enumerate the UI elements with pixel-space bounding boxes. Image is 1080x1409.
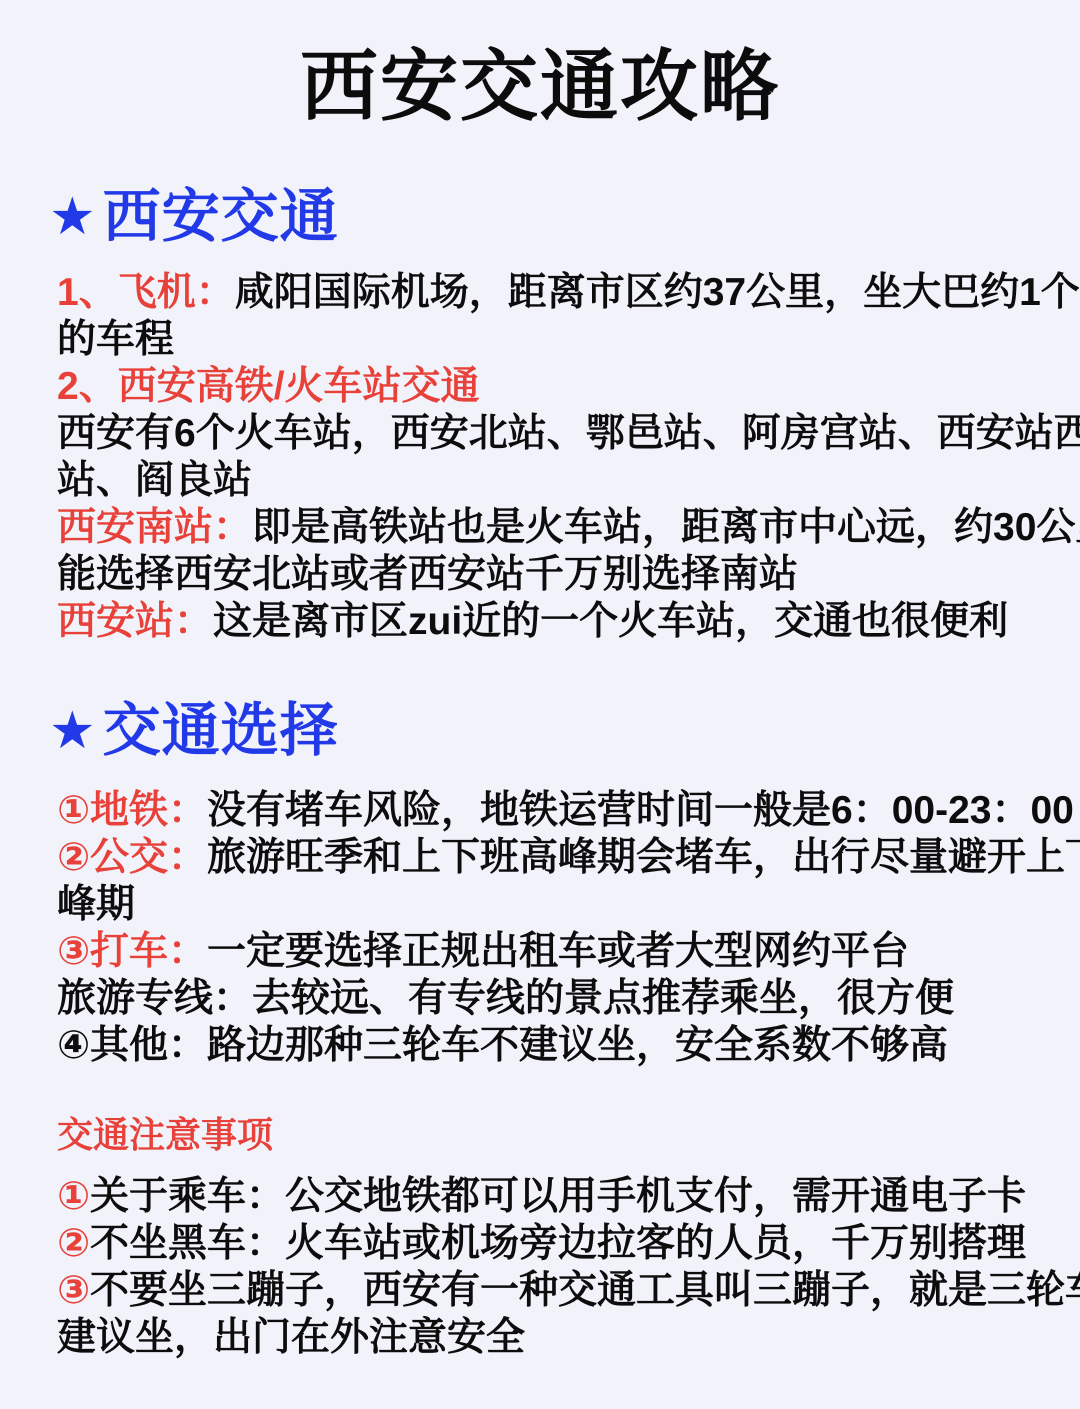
- line-text: 关于乘车：公交地铁都可以用手机支付，需开通电子卡: [90, 1175, 1026, 1218]
- text-line: 西安南站：即是高铁站也是火车站，距离市中心远，约30公里，: [57, 504, 1023, 551]
- line-text: 即是高铁站也是火车站，距离市中心远，约30公里，: [252, 506, 1080, 549]
- text-line: 峰期: [57, 881, 1023, 928]
- line-emphasis: ②公交：: [57, 836, 207, 879]
- text-line: 1、飞机：咸阳国际机场，距离市区约37公里，坐大巴约1个小时: [57, 269, 1023, 316]
- text-line: ①关于乘车：公交地铁都可以用手机支付，需开通电子卡: [57, 1173, 1023, 1220]
- line-text: 一定要选择正规出租车或者大型网约平台: [207, 930, 909, 973]
- notes-body: ①关于乘车：公交地铁都可以用手机支付，需开通电子卡 ②不坐黑车：火车站或机场旁边…: [57, 1173, 1023, 1361]
- line-text: 的车程: [57, 318, 174, 361]
- section-heading-traffic-choice: ★交通选择: [49, 695, 1023, 767]
- line-emphasis: 2、西安高铁/火车站交通: [57, 365, 480, 408]
- text-line: ③不要坐三蹦子，西安有一种交通工具叫三蹦子，就是三轮车，不: [57, 1267, 1023, 1314]
- section-heading-text: 交通选择: [103, 698, 339, 763]
- line-emphasis: ①: [57, 1175, 90, 1218]
- line-text: 没有堵车风险，地铁运营时间一般是6：00-23：00: [207, 789, 1074, 832]
- line-emphasis: 1、飞机：: [57, 271, 235, 314]
- text-line: ③打车：一定要选择正规出租车或者大型网约平台: [57, 928, 1023, 975]
- text-line: 2、西安高铁/火车站交通: [57, 363, 1023, 410]
- line-text: ④其他：路边那种三轮车不建议坐，安全系数不够高: [57, 1024, 948, 1067]
- line-text: 旅游专线：去较远、有专线的景点推荐乘坐，很方便: [57, 977, 954, 1020]
- text-line: 旅游专线：去较远、有专线的景点推荐乘坐，很方便: [57, 975, 1023, 1022]
- text-line: 的车程: [57, 316, 1023, 363]
- line-emphasis: ③打车：: [57, 930, 207, 973]
- line-emphasis: ②: [57, 1222, 90, 1265]
- notes-heading: 交通注意事项: [57, 1113, 1023, 1157]
- line-text: 这是离市区zui近的一个火车站，交通也很便利: [213, 600, 1008, 643]
- text-line: 站、阎良站: [57, 457, 1023, 504]
- line-text: 建议坐，出门在外注意安全: [57, 1316, 525, 1359]
- guide-poster: 西安交通攻略 ★西安交通 1、飞机：咸阳国际机场，距离市区约37公里，坐大巴约1…: [0, 0, 1080, 1409]
- text-line: ①地铁：没有堵车风险，地铁运营时间一般是6：00-23：00: [57, 787, 1023, 834]
- line-text: 西安有6个火车站，西安北站、鄂邑站、阿房宫站、西安站西安南: [57, 412, 1080, 455]
- line-text: 不要坐三蹦子，西安有一种交通工具叫三蹦子，就是三轮车，不: [90, 1269, 1080, 1312]
- text-line: 能选择西安北站或者西安站千万别选择南站: [57, 551, 1023, 598]
- line-text: 站、阎良站: [57, 459, 252, 502]
- line-text: 不坐黑车：火车站或机场旁边拉客的人员，千万别搭理: [90, 1222, 1026, 1265]
- text-line: 西安站：这是离市区zui近的一个火车站，交通也很便利: [57, 598, 1023, 645]
- line-emphasis: ①地铁：: [57, 789, 207, 832]
- line-text: 旅游旺季和上下班高峰期会堵车，出行尽量避开上下班高: [207, 836, 1080, 879]
- text-line: ④其他：路边那种三轮车不建议坐，安全系数不够高: [57, 1022, 1023, 1069]
- line-text: 峰期: [57, 883, 135, 926]
- text-line: 建议坐，出门在外注意安全: [57, 1314, 1023, 1361]
- section-body-xian-traffic: 1、飞机：咸阳国际机场，距离市区约37公里，坐大巴约1个小时 的车程 2、西安高…: [57, 269, 1023, 645]
- line-emphasis: 西安南站：: [57, 506, 252, 549]
- section-heading-xian-traffic: ★西安交通: [49, 181, 1023, 253]
- star-icon: ★: [49, 702, 97, 760]
- line-text: 能选择西安北站或者西安站千万别选择南站: [57, 553, 798, 596]
- text-line: ②不坐黑车：火车站或机场旁边拉客的人员，千万别搭理: [57, 1220, 1023, 1267]
- line-emphasis: ③: [57, 1269, 90, 1312]
- section-body-traffic-choice: ①地铁：没有堵车风险，地铁运营时间一般是6：00-23：00 ②公交：旅游旺季和…: [57, 787, 1023, 1069]
- text-line: 西安有6个火车站，西安北站、鄂邑站、阿房宫站、西安站西安南: [57, 410, 1023, 457]
- line-text: 咸阳国际机场，距离市区约37公里，坐大巴约1个小时: [235, 271, 1080, 314]
- star-icon: ★: [49, 188, 97, 246]
- text-line: ②公交：旅游旺季和上下班高峰期会堵车，出行尽量避开上下班高: [57, 834, 1023, 881]
- section-heading-text: 西安交通: [103, 184, 339, 249]
- page-title: 西安交通攻略: [57, 0, 1023, 137]
- line-emphasis: 西安站：: [57, 600, 213, 643]
